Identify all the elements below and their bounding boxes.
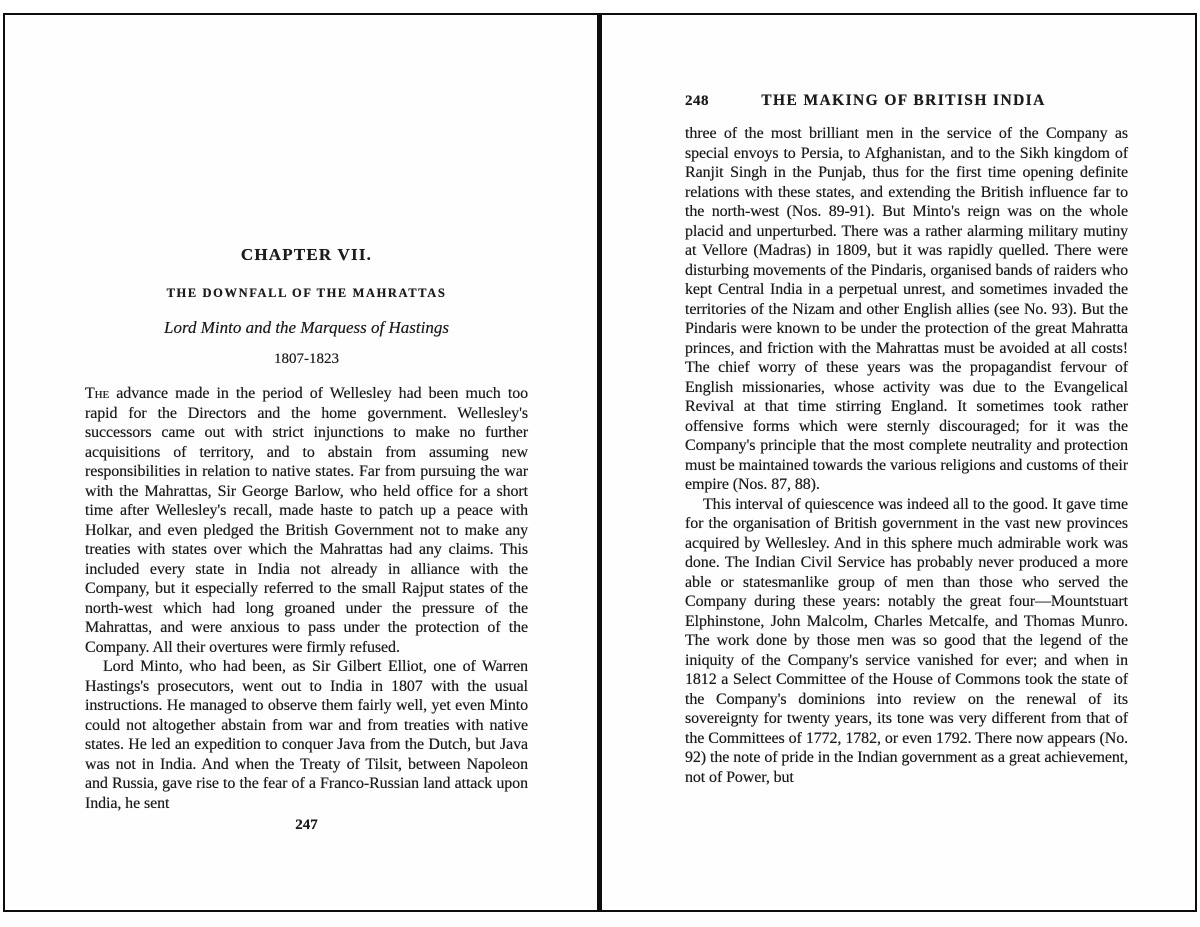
book-scan: CHAPTER VII. THE DOWNFALL OF THE MAHRATT… bbox=[0, 0, 1200, 927]
chapter-heading: CHAPTER VII. bbox=[85, 245, 528, 265]
right-page: 248 THE MAKING OF BRITISH INDIA three of… bbox=[685, 92, 1128, 787]
paragraph: The advance made in the period of Welles… bbox=[85, 384, 528, 657]
chapter-subtitle: THE DOWNFALL OF THE MAHRATTAS bbox=[85, 286, 528, 301]
running-header-title: THE MAKING OF BRITISH INDIA bbox=[709, 92, 1128, 110]
page-number-left: 247 bbox=[85, 817, 528, 834]
paragraph: Lord Minto, who had been, as Sir Gilbert… bbox=[85, 657, 528, 813]
paragraph: This interval of quiescence was indeed a… bbox=[685, 495, 1128, 788]
section-title: Lord Minto and the Marquess of Hastings bbox=[85, 318, 528, 338]
paragraph-text: advance made in the period of Wellesley … bbox=[85, 385, 528, 656]
paragraph: three of the most brilliant men in the s… bbox=[685, 124, 1128, 495]
page-number-right: 248 bbox=[685, 93, 709, 110]
date-range: 1807-1823 bbox=[85, 351, 528, 368]
left-page: CHAPTER VII. THE DOWNFALL OF THE MAHRATT… bbox=[85, 245, 528, 834]
page-divider bbox=[597, 13, 602, 912]
lead-word: The bbox=[85, 385, 109, 402]
running-header: 248 THE MAKING OF BRITISH INDIA bbox=[685, 92, 1128, 110]
